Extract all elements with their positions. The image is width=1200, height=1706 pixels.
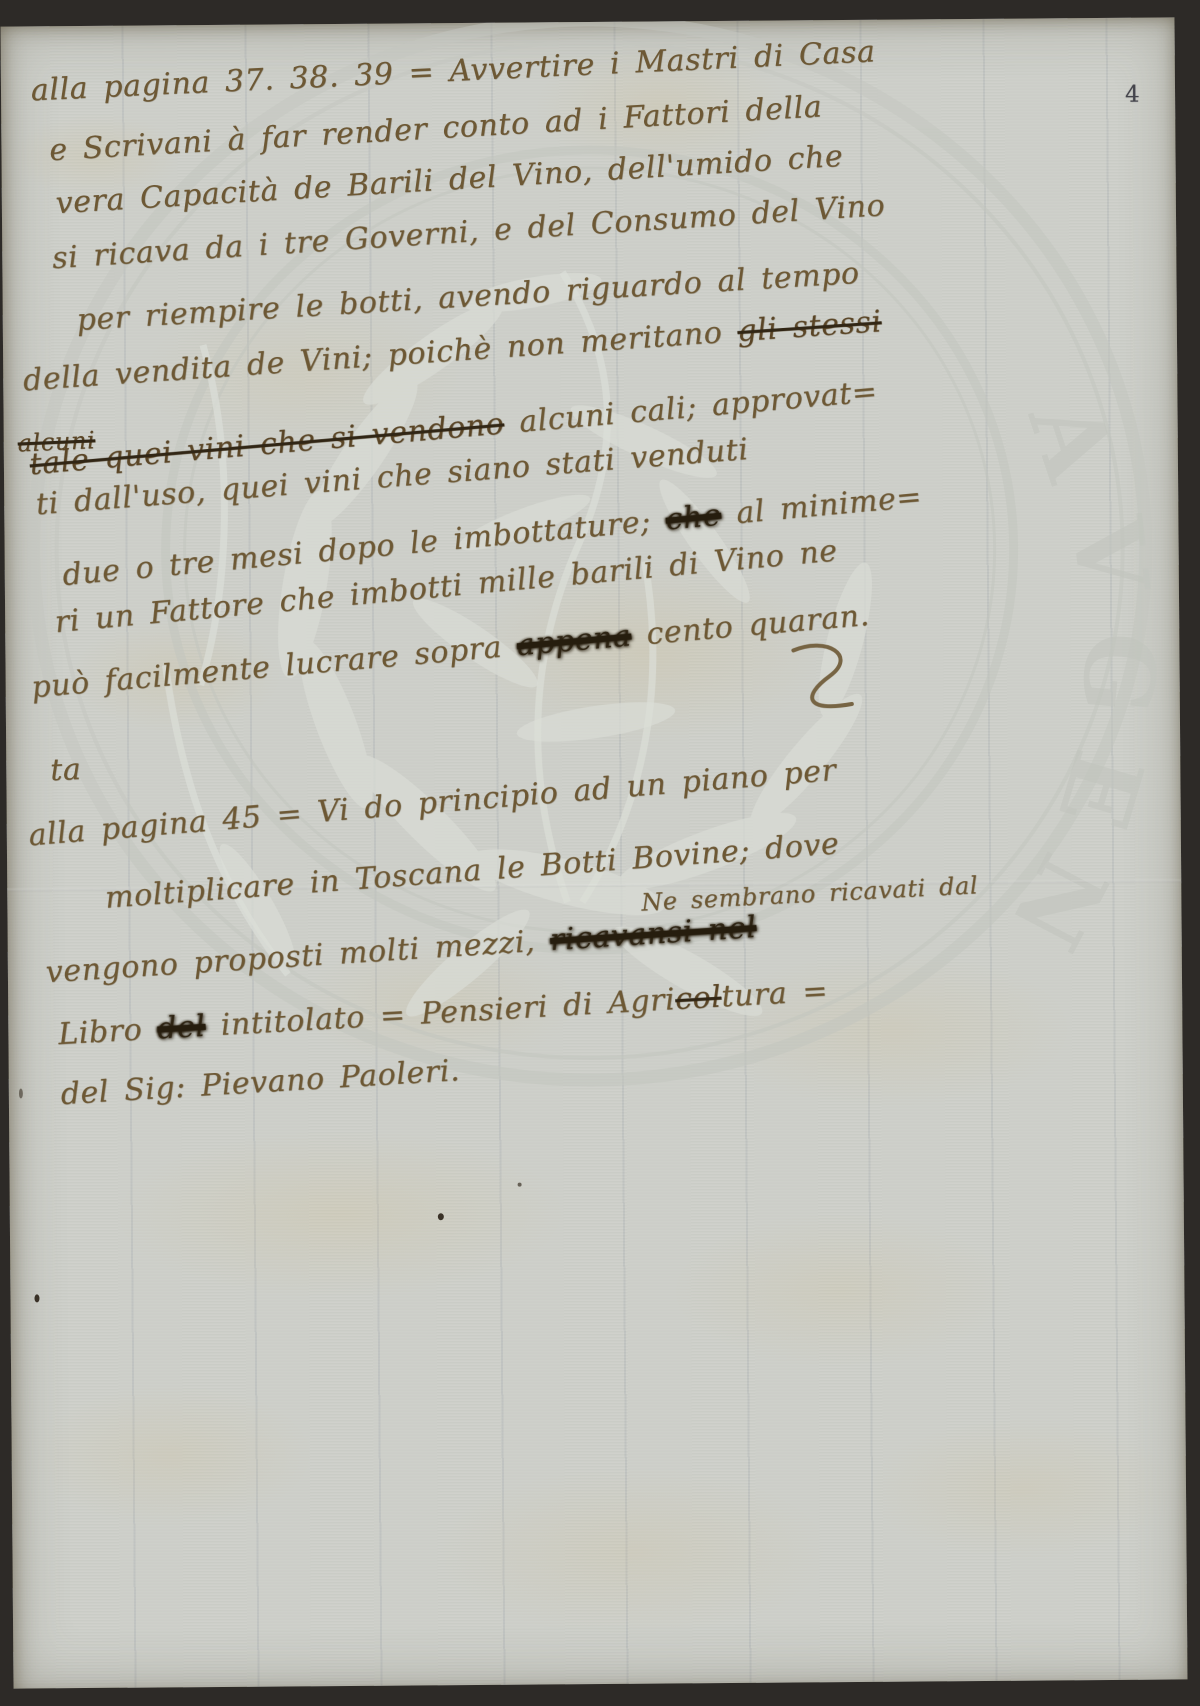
text-segment: alcuni cali; approvat=: [503, 374, 879, 441]
handwritten-line: vengono proposti molti mezzi, ricavansi …: [45, 911, 758, 989]
text-segment: ta: [49, 752, 82, 788]
text-segment: Ne sembrano ricavati dal: [641, 871, 979, 916]
struck-text: col: [674, 980, 722, 1018]
blotted-text: appena: [515, 619, 632, 664]
text-segment: Libro: [57, 1012, 158, 1053]
handwritten-line: del Sig: Pievano Paoleri.: [60, 1054, 461, 1111]
watermark-letter: V: [1050, 510, 1171, 599]
text-segment: tura =: [720, 974, 829, 1015]
blotted-text: del: [156, 1009, 206, 1047]
blotted-text: che: [664, 498, 723, 538]
text-segment: vengono proposti molti mezzi,: [45, 923, 552, 990]
interline-insertion: Ne sembrano ricavati dal: [641, 872, 979, 916]
page-number: 4: [1125, 82, 1140, 108]
ink-speck: [19, 1088, 23, 1098]
ink-speck: [34, 1294, 39, 1302]
watermark-letter: G: [1059, 627, 1179, 720]
pen-flourish: [765, 638, 886, 729]
text-segment: del Sig: Pievano Paoleri.: [60, 1053, 461, 1112]
scanned-manuscript-page: A V G E N: [0, 0, 1200, 1706]
blotted-text: ricavansi nel: [549, 910, 758, 958]
ink-speck: [438, 1213, 444, 1220]
ink-speck: [518, 1183, 522, 1187]
handwritten-line: ta: [50, 753, 83, 787]
struck-text: gli stessi: [736, 304, 883, 349]
text-segment: al minime=: [720, 479, 924, 532]
text-segment: intitolato = Pensieri di Agri: [205, 982, 677, 1044]
watermark-letter: N: [989, 837, 1130, 967]
text-segment: può facilmente lucrare sopra: [30, 628, 519, 705]
watermark-letter: A: [1006, 386, 1138, 495]
paper-sheet: A V G E N: [0, 17, 1187, 1688]
handwritten-line: Libro del intitolato = Pensieri di Agric…: [57, 975, 829, 1052]
text-segment: cento quaran.: [630, 598, 871, 653]
watermark-letter: E: [1036, 739, 1165, 841]
